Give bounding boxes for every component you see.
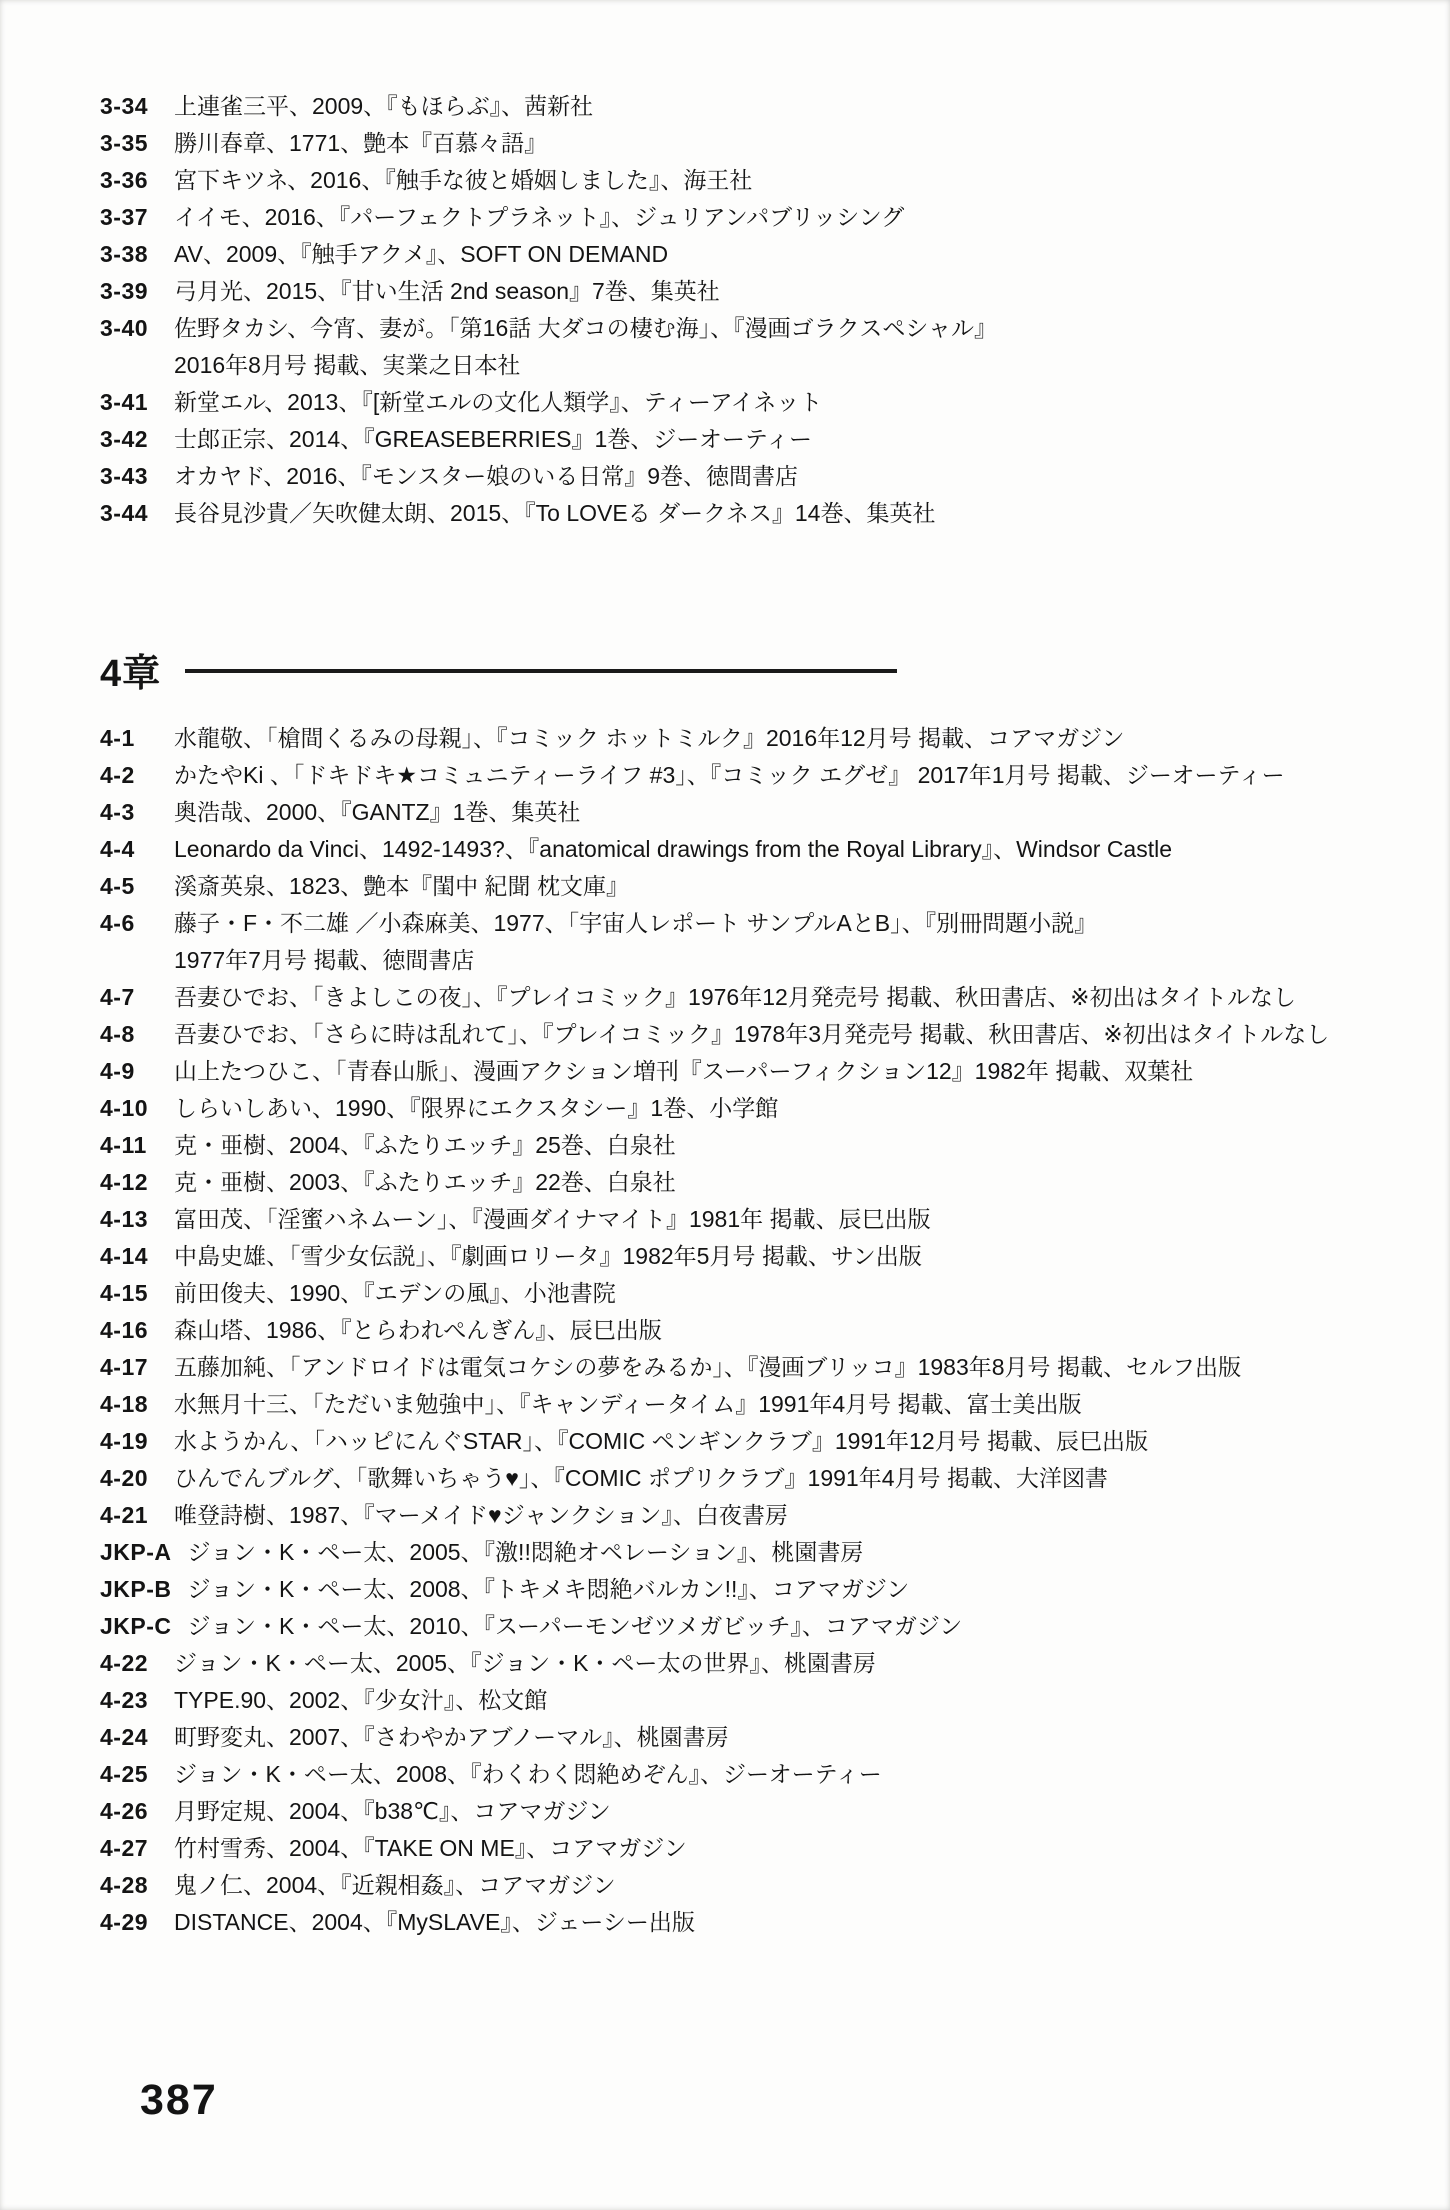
- reference-entry-line: 佐野タカシ、今宵、妻が。「第16話 大ダコの棲む海」、『漫画ゴラクスペシャル』: [174, 310, 997, 347]
- reference-entry-line: 2016年8月号 掲載、実業之日本社: [174, 347, 997, 384]
- reference-entry-line: 宮下キツネ、2016、『触手な彼と婚姻しました』、海王社: [174, 162, 752, 199]
- reference-entry-label: 4-5: [100, 868, 158, 905]
- reference-entry-line: 水無月十三、「ただいま勉強中」、『キャンディータイム』1991年4月号 掲載、富…: [174, 1386, 1082, 1423]
- reference-entry-text: ジョン・K・ペー太、2008、『わくわく悶絶めぞん』、ジーオーティー: [174, 1756, 882, 1793]
- reference-entry-line: 山上たつひこ、「青春山脈」、漫画アクション増刊『スーパーフィクション12』198…: [174, 1053, 1193, 1090]
- reference-entry-line: 森山塔、1986、『とらわれぺんぎん』、辰巳出版: [174, 1312, 662, 1349]
- reference-entry-label: 3-40: [100, 310, 158, 347]
- reference-entry: 3-40佐野タカシ、今宵、妻が。「第16話 大ダコの棲む海」、『漫画ゴラクスペシ…: [100, 310, 1430, 384]
- reference-entry-label: 4-11: [100, 1127, 158, 1164]
- reference-entry: 4-21唯登詩樹、1987、『マーメイド♥ジャンクション』、白夜書房: [100, 1497, 1430, 1534]
- reference-entry: 3-44長谷見沙貴／矢吹健太朗、2015、『To LOVEる ダークネス』14巻…: [100, 495, 1430, 532]
- reference-entry-text: ひんでんブルグ、「歌舞いちゃう♥」、『COMIC ポプリクラブ』1991年4月号…: [174, 1460, 1108, 1497]
- reference-entry-text: 藤子・F・不二雄 ／小森麻美、1977、「宇宙人レポート サンプルAとB」、『別…: [174, 905, 1097, 979]
- reference-entry-text: 鬼ノ仁、2004、『近親相姦』、コアマガジン: [174, 1867, 616, 1904]
- reference-entry-label: 4-24: [100, 1719, 158, 1756]
- reference-entry: 4-10しらいしあい、1990、『限界にエクスタシー』1巻、小学館: [100, 1090, 1430, 1127]
- reference-entry: 4-19水ようかん、「ハッピにんぐSTAR」、『COMIC ペンギンクラブ』19…: [100, 1423, 1430, 1460]
- reference-entry-line: 藤子・F・不二雄 ／小森麻美、1977、「宇宙人レポート サンプルAとB」、『別…: [174, 905, 1097, 942]
- reference-entry-label: 4-16: [100, 1312, 158, 1349]
- reference-entry: 4-5溪斎英泉、1823、艶本『閨中 紀聞 枕文庫』: [100, 868, 1430, 905]
- reference-entry: 3-35勝川春章、1771、艶本『百慕々語』: [100, 125, 1430, 162]
- reference-entry: 4-20ひんでんブルグ、「歌舞いちゃう♥」、『COMIC ポプリクラブ』1991…: [100, 1460, 1430, 1497]
- reference-entry-line: ジョン・K・ペー太、2005、『激!!悶絶オペレーション』、桃園書房: [188, 1534, 864, 1571]
- reference-entry-label: 3-43: [100, 458, 158, 495]
- reference-entry-line: 唯登詩樹、1987、『マーメイド♥ジャンクション』、白夜書房: [174, 1497, 788, 1534]
- reference-entry-line: 町野変丸、2007、『さわやかアブノーマル』、桃園書房: [174, 1719, 729, 1756]
- reference-entry-text: 溪斎英泉、1823、艶本『閨中 紀聞 枕文庫』: [174, 868, 629, 905]
- reference-entry-label: JKP-C: [100, 1608, 172, 1645]
- reference-entry-label: 3-44: [100, 495, 158, 532]
- reference-entry-label: JKP-B: [100, 1571, 172, 1608]
- reference-entry: 4-18水無月十三、「ただいま勉強中」、『キャンディータイム』1991年4月号 …: [100, 1386, 1430, 1423]
- reference-entry-label: JKP-A: [100, 1534, 172, 1571]
- reference-entry-text: AV、2009、『触手アクメ』、SOFT ON DEMAND: [174, 236, 668, 273]
- reference-entry: 4-27竹村雪秀、2004、『TAKE ON ME』、コアマガジン: [100, 1830, 1430, 1867]
- reference-entry-line: Leonardo da Vinci、1492-1493?、『anatomical…: [174, 831, 1172, 868]
- reference-entry-label: 4-6: [100, 905, 158, 942]
- reference-entry: JKP-Bジョン・K・ペー太、2008、『トキメキ悶絶バルカン!!』、コアマガジ…: [100, 1571, 1430, 1608]
- reference-entry: 3-42士郎正宗、2014、『GREASEBERRIES』1巻、ジーオーティー: [100, 421, 1430, 458]
- reference-entry: 3-36宮下キツネ、2016、『触手な彼と婚姻しました』、海王社: [100, 162, 1430, 199]
- reference-entry-label: 3-38: [100, 236, 158, 273]
- reference-entry: 3-38AV、2009、『触手アクメ』、SOFT ON DEMAND: [100, 236, 1430, 273]
- reference-entry-label: 3-36: [100, 162, 158, 199]
- reference-entry-text: 勝川春章、1771、艶本『百慕々語』: [174, 125, 547, 162]
- reference-list-chapter3: 3-34上連雀三平、2009、『もほらぶ』、茜新社3-35勝川春章、1771、艶…: [100, 88, 1430, 532]
- reference-entry: 3-37イイモ、2016、『パーフェクトプラネット』、ジュリアンパブリッシング: [100, 199, 1430, 236]
- reference-entry-text: ジョン・K・ペー太、2010、『スーパーモンゼツメガビッチ』、コアマガジン: [188, 1608, 963, 1645]
- page-content: 3-34上連雀三平、2009、『もほらぶ』、茜新社3-35勝川春章、1771、艶…: [100, 88, 1430, 1941]
- reference-entry-line: 士郎正宗、2014、『GREASEBERRIES』1巻、ジーオーティー: [174, 421, 812, 458]
- reference-entry-text: 吾妻ひでお、「きよしこの夜」、『プレイコミック』1976年12月発売号 掲載、秋…: [174, 979, 1296, 1016]
- reference-entry-line: 新堂エル、2013、『[新堂エルの文化人類学』、ティーアイネット: [174, 384, 822, 421]
- reference-entry: JKP-Cジョン・K・ペー太、2010、『スーパーモンゼツメガビッチ』、コアマガ…: [100, 1608, 1430, 1645]
- reference-entry-line: しらいしあい、1990、『限界にエクスタシー』1巻、小学館: [174, 1090, 778, 1127]
- reference-entry-line: ジョン・K・ペー太、2008、『トキメキ悶絶バルカン!!』、コアマガジン: [188, 1571, 910, 1608]
- reference-entry-line: 勝川春章、1771、艶本『百慕々語』: [174, 125, 547, 162]
- chapter-heading-rule: [185, 669, 897, 673]
- reference-entry-line: ジョン・K・ペー太、2010、『スーパーモンゼツメガビッチ』、コアマガジン: [188, 1608, 963, 1645]
- reference-entry-label: 4-22: [100, 1645, 158, 1682]
- reference-entry: 4-12克・亜樹、2003、『ふたりエッチ』22巻、白泉社: [100, 1164, 1430, 1201]
- reference-entry-text: 吾妻ひでお、「さらに時は乱れて」、『プレイコミック』1978年3月発売号 掲載、…: [174, 1016, 1329, 1053]
- reference-entry-label: 4-2: [100, 757, 158, 794]
- reference-entry: 4-16森山塔、1986、『とらわれぺんぎん』、辰巳出版: [100, 1312, 1430, 1349]
- reference-entry-text: TYPE.90、2002、『少女汁』、松文館: [174, 1682, 547, 1719]
- reference-entry-text: 上連雀三平、2009、『もほらぶ』、茜新社: [174, 88, 593, 125]
- reference-entry: 4-14中島史雄、「雪少女伝説」、『劇画ロリータ』1982年5月号 掲載、サン出…: [100, 1238, 1430, 1275]
- reference-entry-label: 4-17: [100, 1349, 158, 1386]
- reference-entry-line: 克・亜樹、2003、『ふたりエッチ』22巻、白泉社: [174, 1164, 676, 1201]
- reference-entry-line: 五藤加純、「アンドロイドは電気コケシの夢をみるか」、『漫画ブリッコ』1983年8…: [174, 1349, 1241, 1386]
- reference-entry-line: 前田俊夫、1990、『エデンの風』、小池書院: [174, 1275, 616, 1312]
- reference-entry-line: かたやKi 、「ドキドキ★コミュニティーライフ #3」、『コミック エグゼ』 2…: [174, 757, 1285, 794]
- reference-entry-text: 長谷見沙貴／矢吹健太朗、2015、『To LOVEる ダークネス』14巻、集英社: [174, 495, 935, 532]
- reference-entry-label: 3-35: [100, 125, 158, 162]
- reference-entry-label: 4-23: [100, 1682, 158, 1719]
- reference-entry: 4-8吾妻ひでお、「さらに時は乱れて」、『プレイコミック』1978年3月発売号 …: [100, 1016, 1430, 1053]
- reference-entry-text: かたやKi 、「ドキドキ★コミュニティーライフ #3」、『コミック エグゼ』 2…: [174, 757, 1285, 794]
- reference-entry-text: Leonardo da Vinci、1492-1493?、『anatomical…: [174, 831, 1172, 868]
- reference-entry-line: 吾妻ひでお、「さらに時は乱れて」、『プレイコミック』1978年3月発売号 掲載、…: [174, 1016, 1329, 1053]
- reference-entry-text: ジョン・K・ペー太、2005、『激!!悶絶オペレーション』、桃園書房: [188, 1534, 864, 1571]
- reference-entry-label: 3-41: [100, 384, 158, 421]
- reference-entry-line: 克・亜樹、2004、『ふたりエッチ』25巻、白泉社: [174, 1127, 676, 1164]
- reference-entry-label: 4-14: [100, 1238, 158, 1275]
- reference-entry-label: 4-4: [100, 831, 158, 868]
- reference-entry-label: 4-18: [100, 1386, 158, 1423]
- reference-entry-text: 弓月光、2015、『甘い生活 2nd season』7巻、集英社: [174, 273, 720, 310]
- reference-entry-label: 3-37: [100, 199, 158, 236]
- reference-entry-line: 月野定規、2004、『b38℃』、コアマガジン: [174, 1793, 611, 1830]
- reference-entry-label: 4-21: [100, 1497, 158, 1534]
- reference-entry-line: DISTANCE、2004、『MySLAVE』、ジェーシー出版: [174, 1904, 695, 1941]
- reference-entry-label: 4-15: [100, 1275, 158, 1312]
- reference-entry-label: 4-9: [100, 1053, 158, 1090]
- reference-entry: 4-2かたやKi 、「ドキドキ★コミュニティーライフ #3」、『コミック エグゼ…: [100, 757, 1430, 794]
- reference-entry-label: 4-29: [100, 1904, 158, 1941]
- reference-entry-label: 4-7: [100, 979, 158, 1016]
- reference-entry-text: 士郎正宗、2014、『GREASEBERRIES』1巻、ジーオーティー: [174, 421, 812, 458]
- reference-entry-line: TYPE.90、2002、『少女汁』、松文館: [174, 1682, 547, 1719]
- reference-entry-label: 4-27: [100, 1830, 158, 1867]
- reference-entry-label: 4-26: [100, 1793, 158, 1830]
- reference-entry-text: 町野変丸、2007、『さわやかアブノーマル』、桃園書房: [174, 1719, 729, 1756]
- reference-entry-line: 富田茂、「淫蜜ハネムーン」、『漫画ダイナマイト』1981年 掲載、辰巳出版: [174, 1201, 931, 1238]
- reference-entry: 4-15前田俊夫、1990、『エデンの風』、小池書院: [100, 1275, 1430, 1312]
- reference-entry-line: ジョン・K・ペー太、2005、『ジョン・K・ペー太の世界』、桃園書房: [174, 1645, 876, 1682]
- reference-entry-line: イイモ、2016、『パーフェクトプラネット』、ジュリアンパブリッシング: [174, 199, 904, 236]
- reference-entry: 4-6藤子・F・不二雄 ／小森麻美、1977、「宇宙人レポート サンプルAとB」…: [100, 905, 1430, 979]
- reference-entry-text: 克・亜樹、2004、『ふたりエッチ』25巻、白泉社: [174, 1127, 676, 1164]
- reference-entry-text: 新堂エル、2013、『[新堂エルの文化人類学』、ティーアイネット: [174, 384, 822, 421]
- reference-entry-label: 4-10: [100, 1090, 158, 1127]
- reference-entry-line: 吾妻ひでお、「きよしこの夜」、『プレイコミック』1976年12月発売号 掲載、秋…: [174, 979, 1296, 1016]
- reference-entry: 4-13富田茂、「淫蜜ハネムーン」、『漫画ダイナマイト』1981年 掲載、辰巳出…: [100, 1201, 1430, 1238]
- reference-entry-text: 水ようかん、「ハッピにんぐSTAR」、『COMIC ペンギンクラブ』1991年1…: [174, 1423, 1148, 1460]
- reference-entry: 4-23TYPE.90、2002、『少女汁』、松文館: [100, 1682, 1430, 1719]
- reference-entry-text: 奥浩哉、2000、『GANTZ』1巻、集英社: [174, 794, 580, 831]
- reference-entry-text: 唯登詩樹、1987、『マーメイド♥ジャンクション』、白夜書房: [174, 1497, 788, 1534]
- reference-entry-line: ジョン・K・ペー太、2008、『わくわく悶絶めぞん』、ジーオーティー: [174, 1756, 882, 1793]
- reference-entry-text: 森山塔、1986、『とらわれぺんぎん』、辰巳出版: [174, 1312, 662, 1349]
- reference-entry: 4-3奥浩哉、2000、『GANTZ』1巻、集英社: [100, 794, 1430, 831]
- reference-entry-line: 竹村雪秀、2004、『TAKE ON ME』、コアマガジン: [174, 1830, 687, 1867]
- reference-entry-label: 4-3: [100, 794, 158, 831]
- reference-entry-label: 4-13: [100, 1201, 158, 1238]
- reference-entry-text: 佐野タカシ、今宵、妻が。「第16話 大ダコの棲む海」、『漫画ゴラクスペシャル』2…: [174, 310, 997, 384]
- reference-entry: 4-9山上たつひこ、「青春山脈」、漫画アクション増刊『スーパーフィクション12』…: [100, 1053, 1430, 1090]
- reference-entry: 4-24町野変丸、2007、『さわやかアブノーマル』、桃園書房: [100, 1719, 1430, 1756]
- reference-entry-label: 4-19: [100, 1423, 158, 1460]
- reference-entry-text: 水龍敬、「槍間くるみの母親」、『コミック ホットミルク』2016年12月号 掲載…: [174, 720, 1125, 757]
- reference-entry: 3-41新堂エル、2013、『[新堂エルの文化人類学』、ティーアイネット: [100, 384, 1430, 421]
- reference-entry: 4-11克・亜樹、2004、『ふたりエッチ』25巻、白泉社: [100, 1127, 1430, 1164]
- reference-entry: 4-29DISTANCE、2004、『MySLAVE』、ジェーシー出版: [100, 1904, 1430, 1941]
- reference-entry-text: イイモ、2016、『パーフェクトプラネット』、ジュリアンパブリッシング: [174, 199, 904, 236]
- reference-entry-line: 上連雀三平、2009、『もほらぶ』、茜新社: [174, 88, 593, 125]
- reference-entry-text: 月野定規、2004、『b38℃』、コアマガジン: [174, 1793, 611, 1830]
- reference-entry-text: 宮下キツネ、2016、『触手な彼と婚姻しました』、海王社: [174, 162, 752, 199]
- reference-entry-label: 4-20: [100, 1460, 158, 1497]
- reference-entry-text: 富田茂、「淫蜜ハネムーン」、『漫画ダイナマイト』1981年 掲載、辰巳出版: [174, 1201, 931, 1238]
- reference-entry-text: 克・亜樹、2003、『ふたりエッチ』22巻、白泉社: [174, 1164, 676, 1201]
- reference-entry: 4-7吾妻ひでお、「きよしこの夜」、『プレイコミック』1976年12月発売号 掲…: [100, 979, 1430, 1016]
- reference-entry-label: 4-1: [100, 720, 158, 757]
- reference-entry-line: 弓月光、2015、『甘い生活 2nd season』7巻、集英社: [174, 273, 720, 310]
- reference-list-chapter4: 4-1水龍敬、「槍間くるみの母親」、『コミック ホットミルク』2016年12月号…: [100, 720, 1430, 1941]
- reference-entry-line: 中島史雄、「雪少女伝説」、『劇画ロリータ』1982年5月号 掲載、サン出版: [174, 1238, 922, 1275]
- reference-entry-text: 水無月十三、「ただいま勉強中」、『キャンディータイム』1991年4月号 掲載、富…: [174, 1386, 1082, 1423]
- reference-entry-label: 4-25: [100, 1756, 158, 1793]
- reference-entry-text: 竹村雪秀、2004、『TAKE ON ME』、コアマガジン: [174, 1830, 687, 1867]
- page-number: 387: [140, 2076, 218, 2125]
- reference-entry-line: 奥浩哉、2000、『GANTZ』1巻、集英社: [174, 794, 580, 831]
- reference-entry-text: 山上たつひこ、「青春山脈」、漫画アクション増刊『スーパーフィクション12』198…: [174, 1053, 1193, 1090]
- reference-entry-line: 水龍敬、「槍間くるみの母親」、『コミック ホットミルク』2016年12月号 掲載…: [174, 720, 1125, 757]
- reference-entry-line: オカヤド、2016、『モンスター娘のいる日常』9巻、徳間書店: [174, 458, 798, 495]
- reference-entry: 4-4Leonardo da Vinci、1492-1493?、『anatomi…: [100, 831, 1430, 868]
- reference-entry-text: 前田俊夫、1990、『エデンの風』、小池書院: [174, 1275, 616, 1312]
- book-page: 3-34上連雀三平、2009、『もほらぶ』、茜新社3-35勝川春章、1771、艶…: [0, 0, 1450, 2210]
- reference-entry-text: しらいしあい、1990、『限界にエクスタシー』1巻、小学館: [174, 1090, 778, 1127]
- reference-entry: 4-17五藤加純、「アンドロイドは電気コケシの夢をみるか」、『漫画ブリッコ』19…: [100, 1349, 1430, 1386]
- reference-entry: 4-25ジョン・K・ペー太、2008、『わくわく悶絶めぞん』、ジーオーティー: [100, 1756, 1430, 1793]
- reference-entry-line: 溪斎英泉、1823、艶本『閨中 紀聞 枕文庫』: [174, 868, 629, 905]
- reference-entry-text: 五藤加純、「アンドロイドは電気コケシの夢をみるか」、『漫画ブリッコ』1983年8…: [174, 1349, 1241, 1386]
- reference-entry-line: 長谷見沙貴／矢吹健太朗、2015、『To LOVEる ダークネス』14巻、集英社: [174, 495, 935, 532]
- reference-entry-line: 水ようかん、「ハッピにんぐSTAR」、『COMIC ペンギンクラブ』1991年1…: [174, 1423, 1148, 1460]
- reference-entry-text: ジョン・K・ペー太、2005、『ジョン・K・ペー太の世界』、桃園書房: [174, 1645, 876, 1682]
- reference-entry-text: オカヤド、2016、『モンスター娘のいる日常』9巻、徳間書店: [174, 458, 798, 495]
- reference-entry-label: 4-28: [100, 1867, 158, 1904]
- reference-entry-label: 3-34: [100, 88, 158, 125]
- chapter4-title: 4章: [100, 642, 161, 697]
- reference-entry: 4-1水龍敬、「槍間くるみの母親」、『コミック ホットミルク』2016年12月号…: [100, 720, 1430, 757]
- chapter4-heading: 4章: [100, 644, 1430, 694]
- reference-entry: 3-39弓月光、2015、『甘い生活 2nd season』7巻、集英社: [100, 273, 1430, 310]
- reference-entry: JKP-Aジョン・K・ペー太、2005、『激!!悶絶オペレーション』、桃園書房: [100, 1534, 1430, 1571]
- reference-entry-label: 3-39: [100, 273, 158, 310]
- reference-entry: 4-26月野定規、2004、『b38℃』、コアマガジン: [100, 1793, 1430, 1830]
- reference-entry-label: 3-42: [100, 421, 158, 458]
- reference-entry: 3-43オカヤド、2016、『モンスター娘のいる日常』9巻、徳間書店: [100, 458, 1430, 495]
- reference-entry-label: 4-12: [100, 1164, 158, 1201]
- reference-entry-line: AV、2009、『触手アクメ』、SOFT ON DEMAND: [174, 236, 668, 273]
- reference-entry-text: ジョン・K・ペー太、2008、『トキメキ悶絶バルカン!!』、コアマガジン: [188, 1571, 910, 1608]
- reference-entry-text: 中島史雄、「雪少女伝説」、『劇画ロリータ』1982年5月号 掲載、サン出版: [174, 1238, 922, 1275]
- reference-entry: 4-22ジョン・K・ペー太、2005、『ジョン・K・ペー太の世界』、桃園書房: [100, 1645, 1430, 1682]
- reference-entry: 3-34上連雀三平、2009、『もほらぶ』、茜新社: [100, 88, 1430, 125]
- reference-entry-line: ひんでんブルグ、「歌舞いちゃう♥」、『COMIC ポプリクラブ』1991年4月号…: [174, 1460, 1108, 1497]
- reference-entry-line: 1977年7月号 掲載、徳間書店: [174, 942, 1097, 979]
- reference-entry-line: 鬼ノ仁、2004、『近親相姦』、コアマガジン: [174, 1867, 616, 1904]
- reference-entry-label: 4-8: [100, 1016, 158, 1053]
- reference-entry-text: DISTANCE、2004、『MySLAVE』、ジェーシー出版: [174, 1904, 695, 1941]
- reference-entry: 4-28鬼ノ仁、2004、『近親相姦』、コアマガジン: [100, 1867, 1430, 1904]
